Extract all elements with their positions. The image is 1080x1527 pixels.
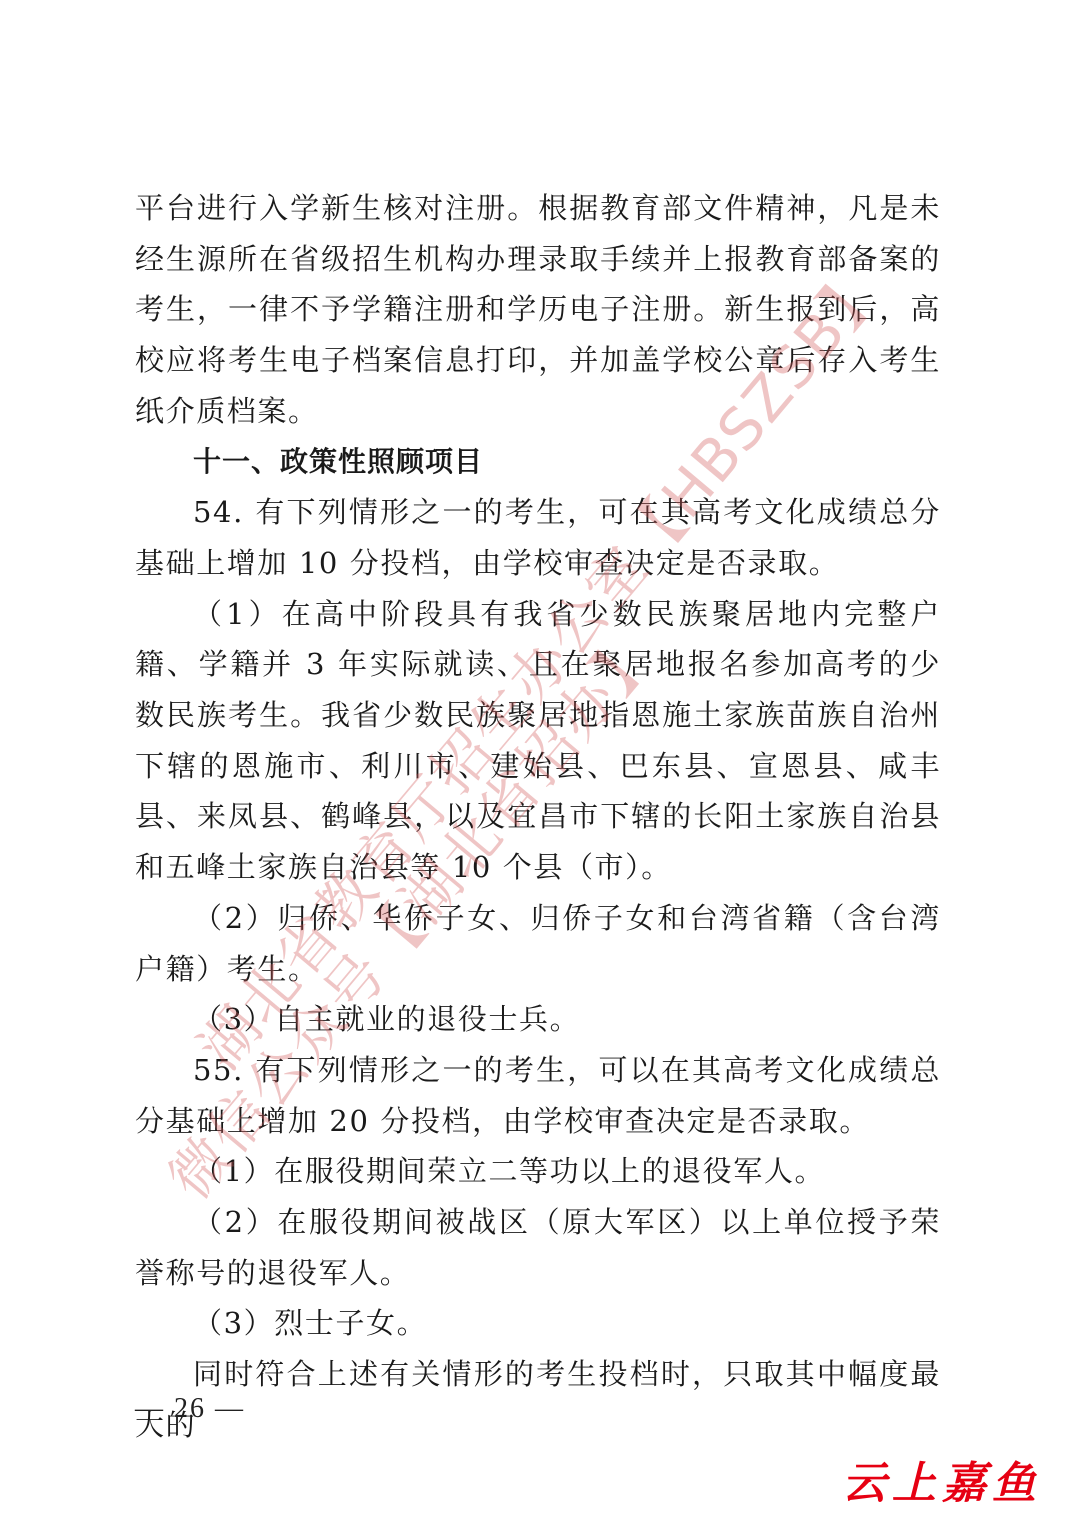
article-54-item-1: （1）在高中阶段具有我省少数民族聚居地内完整户籍、学籍并 3 年实际就读、且在聚… <box>135 589 941 893</box>
article-55: 55. 有下列情形之一的考生，可以在其高考文化成绩总分基础上增加 20 分投档，… <box>135 1045 941 1146</box>
article-54: 54. 有下列情形之一的考生，可在其高考文化成绩总分基础上增加 10 分投档，由… <box>135 487 941 588</box>
paragraph-combined-rule: 同时符合上述有关情形的考生投档时，只取其中幅度最大的 <box>135 1349 941 1450</box>
article-55-item-3: （3）烈士子女。 <box>135 1298 941 1349</box>
brand-logo-text: 云上嘉鱼 <box>842 1447 1042 1511</box>
paragraph-continuation: 平台进行入学新生核对注册。根据教育部文件精神，凡是未经生源所在省级招生机构办理录… <box>135 183 941 437</box>
document-page: 平台进行入学新生核对注册。根据教育部文件精神，凡是未经生源所在省级招生机构办理录… <box>0 0 1080 1527</box>
document-body: 平台进行入学新生核对注册。根据教育部文件精神，凡是未经生源所在省级招生机构办理录… <box>135 183 941 1451</box>
article-54-item-2: （2）归侨、华侨子女、归侨子女和台湾省籍（含台湾户籍）考生。 <box>135 893 941 994</box>
section-heading: 十一、政策性照顾项目 <box>135 437 941 488</box>
article-55-item-2: （2）在服役期间被战区（原大军区）以上单位授予荣誉称号的退役军人。 <box>135 1197 941 1298</box>
article-55-item-1: （1）在服役期间荣立二等功以上的退役军人。 <box>135 1146 941 1197</box>
page-number: — 26 — <box>135 1393 245 1425</box>
article-54-item-3: （3）自主就业的退役士兵。 <box>135 994 941 1045</box>
